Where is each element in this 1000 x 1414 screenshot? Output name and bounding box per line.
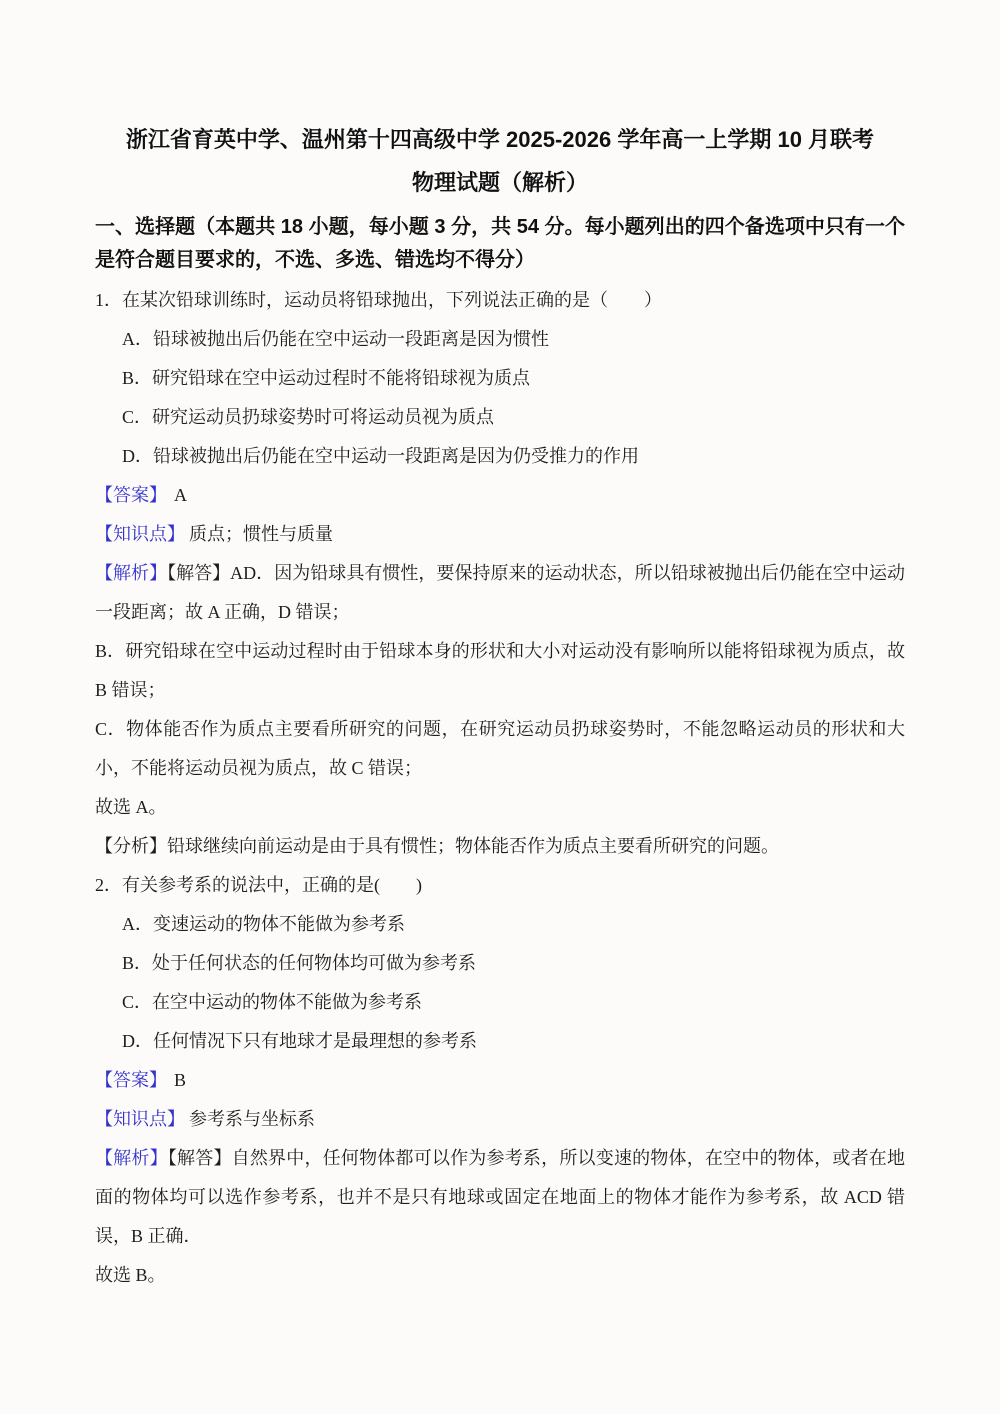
question-2-answer-row: 【答案】B	[95, 1061, 905, 1100]
question-2-conclusion: 故选 B。	[95, 1256, 905, 1295]
answer-label: 【答案】	[95, 485, 167, 505]
question-1-knowledge-row: 【知识点】质点；惯性与质量	[95, 515, 905, 554]
question-1-analysis-option-b: B．研究铅球在空中运动过程时由于铅球本身的形状和大小对运动没有影响所以能将铅球视…	[95, 632, 905, 710]
question-1-answer-value: A	[174, 485, 187, 505]
answer-label: 【答案】	[95, 1070, 167, 1090]
document-title-line-2: 物理试题（解析）	[95, 161, 905, 204]
question-2-knowledge-value: 参考系与坐标系	[189, 1109, 315, 1129]
knowledge-point-label: 【知识点】	[95, 524, 185, 544]
question-1-answer-row: 【答案】A	[95, 476, 905, 515]
question-2-option-c: C．在空中运动的物体不能做为参考系	[95, 983, 905, 1022]
analysis-label: 【解析】	[95, 1148, 168, 1168]
question-2-stem: 2．有关参考系的说法中，正确的是( )	[95, 866, 905, 905]
question-1-option-b: B．研究铅球在空中运动过程时不能将铅球视为质点	[95, 359, 905, 398]
question-1-analysis-row: 【解析】【解答】AD．因为铅球具有惯性，要保持原来的运动状态，所以铅球被抛出后仍…	[95, 554, 905, 632]
question-1-option-d: D．铅球被抛出后仍能在空中运动一段距离是因为仍受推力的作用	[95, 437, 905, 476]
question-2-analysis-main: 【解答】自然界中，任何物体都可以作为参考系，所以变速的物体，在空中的物体，或者在…	[95, 1148, 905, 1246]
document-title-line-1: 浙江省育英中学、温州第十四高级中学 2025-2026 学年高一上学期 10 月…	[95, 118, 905, 161]
question-2-answer-value: B	[174, 1070, 186, 1090]
question-1-summary: 【分析】铅球继续向前运动是由于具有惯性；物体能否作为质点主要看所研究的问题。	[95, 827, 905, 866]
question-1-knowledge-value: 质点；惯性与质量	[189, 524, 333, 544]
question-2-knowledge-row: 【知识点】参考系与坐标系	[95, 1100, 905, 1139]
exam-document-page: 浙江省育英中学、温州第十四高级中学 2025-2026 学年高一上学期 10 月…	[0, 0, 1000, 1414]
question-1-option-a: A．铅球被抛出后仍能在空中运动一段距离是因为惯性	[95, 320, 905, 359]
question-2-block: 2．有关参考系的说法中，正确的是( ) A．变速运动的物体不能做为参考系 B．处…	[95, 866, 905, 1295]
section-heading-choice-questions: 一、选择题（本题共 18 小题，每小题 3 分，共 54 分。每小题列出的四个备…	[95, 211, 905, 277]
question-1-block: 1．在某次铅球训练时，运动员将铅球抛出，下列说法正确的是（ ） A．铅球被抛出后…	[95, 281, 905, 866]
question-2-option-a: A．变速运动的物体不能做为参考系	[95, 905, 905, 944]
question-1-stem: 1．在某次铅球训练时，运动员将铅球抛出，下列说法正确的是（ ）	[95, 281, 905, 320]
question-2-analysis-row: 【解析】【解答】自然界中，任何物体都可以作为参考系，所以变速的物体，在空中的物体…	[95, 1139, 905, 1256]
question-1-conclusion: 故选 A。	[95, 788, 905, 827]
analysis-label: 【解析】	[95, 563, 167, 583]
question-2-option-d: D．任何情况下只有地球才是最理想的参考系	[95, 1022, 905, 1061]
question-1-option-c: C．研究运动员扔球姿势时可将运动员视为质点	[95, 398, 905, 437]
knowledge-point-label: 【知识点】	[95, 1109, 185, 1129]
question-2-option-b: B．处于任何状态的任何物体均可做为参考系	[95, 944, 905, 983]
question-1-analysis-option-c: C．物体能否作为质点主要看所研究的问题，在研究运动员扔球姿势时，不能忽略运动员的…	[95, 710, 905, 788]
question-1-analysis-main: 【解答】AD．因为铅球具有惯性，要保持原来的运动状态，所以铅球被抛出后仍能在空中…	[95, 563, 905, 622]
